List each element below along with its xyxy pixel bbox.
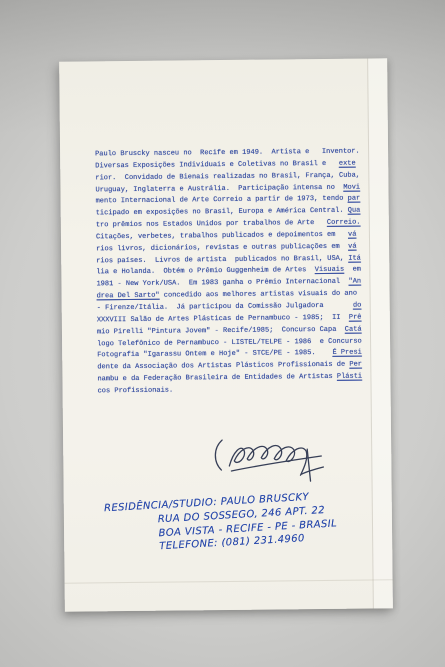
typed-line: cos Profissionais. [98, 383, 366, 398]
handwritten-contact-block: RESIDÊNCIA/STUDIO: PAULO BRUSCKY RUA DO … [104, 487, 387, 558]
paper-sheet: Paulo Bruscky nasceu no Recife em 1949. … [59, 58, 393, 611]
paper-bottom-crease [65, 579, 393, 583]
signature-scribble [207, 425, 340, 486]
typed-text-block: Paulo Bruscky nasceu no Recife em 1949. … [95, 147, 366, 399]
